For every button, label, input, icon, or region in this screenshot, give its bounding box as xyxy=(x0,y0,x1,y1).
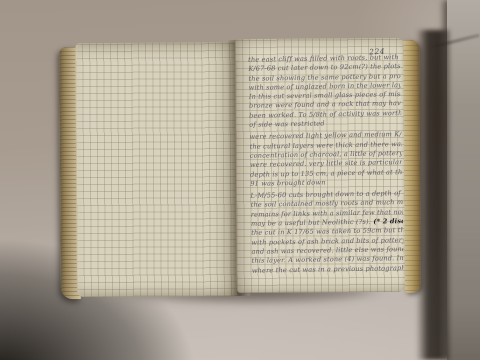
right-page: 224 the east cliff was filled with roots… xyxy=(235,38,407,293)
handwriting-line: where the cut was in a previous photogra… xyxy=(252,264,404,276)
handwriting-line: of side was restricted xyxy=(249,118,401,130)
background-wall-strip xyxy=(447,0,480,360)
right-page-deckle-edge xyxy=(403,40,421,293)
left-page-blank-grid xyxy=(75,42,237,297)
ink-annotation: (* 2 discarded) xyxy=(371,217,403,226)
open-notebook: 224 the east cliff was filled with roots… xyxy=(59,35,423,302)
handwriting-block: the east cliff was filled with roots, bu… xyxy=(248,53,404,275)
handwriting-line: 91 was brought down xyxy=(250,177,402,189)
notebook-photo: 224 the east cliff was filled with roots… xyxy=(0,0,480,360)
